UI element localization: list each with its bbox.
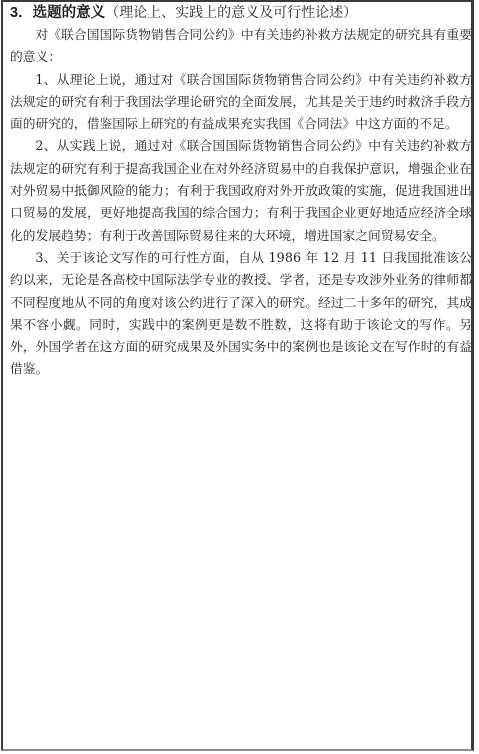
document-table-cell: 3．选题的意义（理论上、实践上的意义及可行性论述） 对《联合国国际货物销售合同公…	[1, 0, 474, 751]
practice-paragraph: 2、从实践上说，通过对《联合国国际货物销售合同公约》中有关违约补救方法规定的研究…	[10, 135, 472, 246]
intro-paragraph: 对《联合国国际货物销售合同公约》中有关违约补救方法规定的研究具有重要的意义：	[10, 24, 472, 69]
section-subtitle: （理论上、实践上的意义及可行性论述）	[105, 5, 357, 21]
feasibility-paragraph: 3、关于该论文写作的可行性方面，自从 1986 年 12 月 11 日我国批准该…	[10, 247, 472, 381]
document-content: 3．选题的意义（理论上、实践上的意义及可行性论述） 对《联合国国际货物销售合同公…	[10, 2, 472, 381]
section-title: 选题的意义	[33, 5, 106, 21]
section-number: 3．	[10, 5, 33, 21]
theory-paragraph: 1、从理论上说，通过对《联合国国际货物销售合同公约》中有关违约补救方法规定的研究…	[10, 69, 472, 136]
section-heading: 3．选题的意义（理论上、实践上的意义及可行性论述）	[10, 2, 472, 24]
